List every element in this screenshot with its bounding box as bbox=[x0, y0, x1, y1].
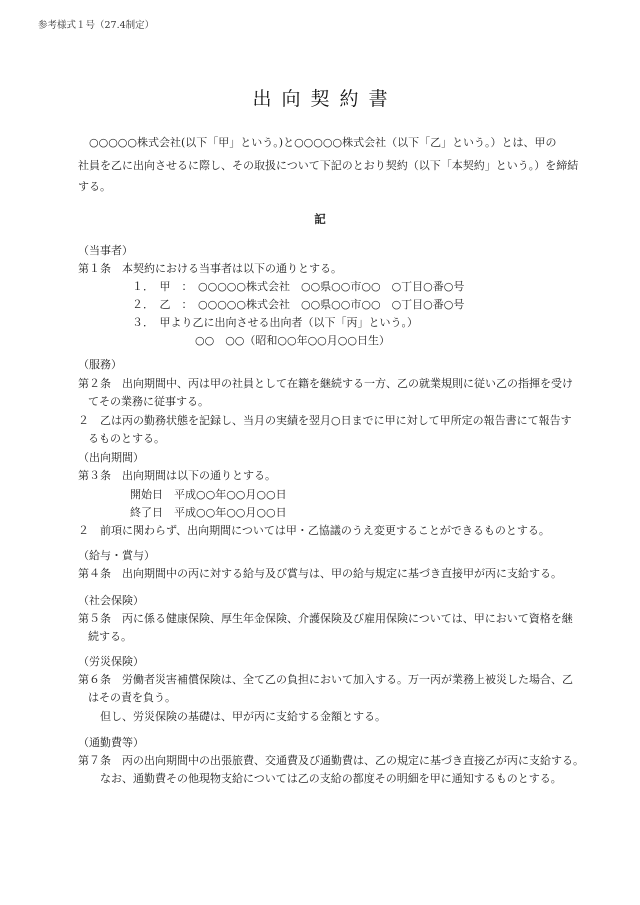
article-1-party-2: ２． 乙 ： ○○○○○株式会社 ○○県○○市○○ ○丁目○番○号 bbox=[132, 295, 464, 315]
article-2-line: 第２条 出向期間中、丙は甲の社員として在籍を継続する一方、乙の就業規則に従い乙の… bbox=[78, 374, 573, 394]
document-title: 出向契約書 bbox=[0, 84, 640, 111]
article-1-party-3: ３． 甲より乙に出向させる出向者（以下「丙」という。） bbox=[132, 313, 418, 333]
article-3-line: ２ 前項に関わらず、出向期間については甲・乙協議のうえ変更することができるものと… bbox=[78, 521, 550, 541]
form-number: 参考様式１号（27.4制定） bbox=[38, 17, 154, 31]
article-3-start-date: 開始日 平成○○年○○月○○日 bbox=[130, 485, 287, 505]
preamble-line-1: ○○○○○株式会社(以下「甲」という。)と○○○○○株式会社（以下「乙」という。… bbox=[78, 133, 557, 153]
article-2-line: るものとする。 bbox=[88, 429, 165, 449]
preamble-line-3: する。 bbox=[78, 177, 111, 197]
article-7-heading: （通勤費等） bbox=[78, 733, 144, 753]
preamble-line-2: 社員を乙に出向させるに際し、その取扱について下記のとおり契約（以下「本契約」とい… bbox=[78, 156, 578, 176]
article-6-line: 但し、労災保険の基礎は、甲が丙に支給する金額とする。 bbox=[100, 707, 386, 727]
article-2-heading: （服務） bbox=[78, 355, 122, 375]
article-3-line: 第３条 出向期間は以下の通りとする。 bbox=[78, 466, 276, 486]
article-3-heading: （出向期間） bbox=[78, 448, 144, 468]
article-2-line: てその業務に従事する。 bbox=[88, 392, 209, 412]
article-6-line: 第６条 労働者災害補償保険は、全て乙の負担において加入する。万一丙が業務上被災し… bbox=[78, 670, 573, 690]
article-5-line: 第５条 丙に係る健康保険、厚生年金保険、介護保険及び雇用保険については、甲におい… bbox=[78, 609, 573, 629]
article-7-line: なお、通勤費その他現物支給については乙の支給の都度その明細を甲に通知するものとす… bbox=[100, 769, 562, 789]
article-1-line: 第１条 本契約における当事者は以下の通りとする。 bbox=[78, 259, 342, 279]
article-4-heading: （給与・賞与） bbox=[78, 546, 155, 566]
article-6-heading: （労災保険） bbox=[78, 652, 144, 672]
article-5-line: 続する。 bbox=[88, 627, 132, 647]
article-2-line: ２ 乙は丙の勤務状態を記録し、当月の実績を翌月○日までに甲に対して甲所定の報告書… bbox=[78, 411, 572, 431]
article-4-line: 第４条 出向期間中の丙に対する給与及び賞与は、甲の給与規定に基づき直接甲が丙に支… bbox=[78, 564, 562, 584]
document-page: 参考様式１号（27.4制定） 出向契約書 ○○○○○株式会社(以下「甲」という。… bbox=[0, 0, 640, 905]
article-3-end-date: 終了日 平成○○年○○月○○日 bbox=[130, 503, 287, 523]
article-7-line: 第７条 丙の出向期間中の出張旅費、交通費及び通勤費は、乙の規定に基づき直接乙が丙… bbox=[78, 751, 584, 771]
article-1-party-1: １． 甲 ： ○○○○○株式会社 ○○県○○市○○ ○丁目○番○号 bbox=[132, 277, 464, 297]
article-1-employee: ○○ ○○（昭和○○年○○月○○日生） bbox=[195, 331, 390, 351]
article-6-line: はその責を負う。 bbox=[88, 688, 176, 708]
article-1-heading: （当事者） bbox=[78, 241, 133, 261]
article-5-heading: （社会保険） bbox=[78, 591, 144, 611]
ki-heading: 記 bbox=[0, 209, 640, 229]
